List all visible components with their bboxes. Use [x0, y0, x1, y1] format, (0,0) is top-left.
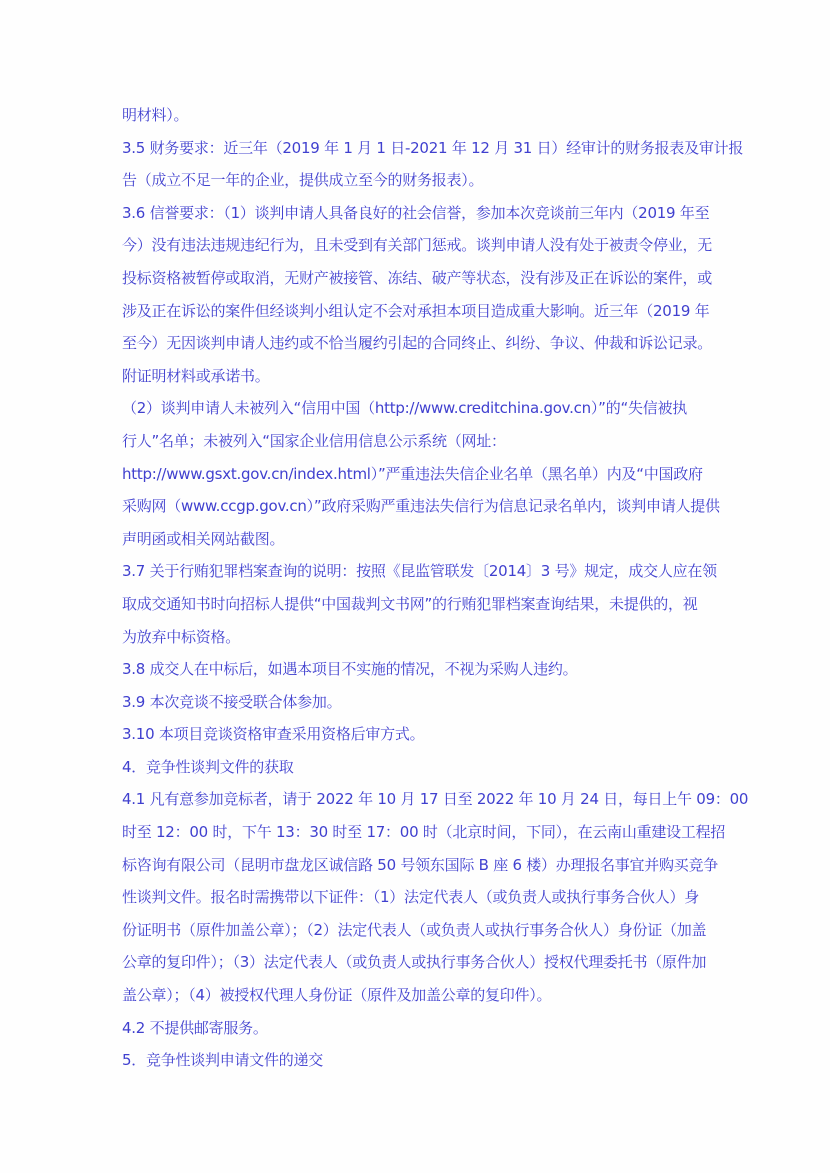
para-4-1-registration-details: 4.1 凡有意参加竞标者，请于 2022 年 10 月 17 日至 2022 年…	[122, 783, 714, 1011]
text-line: 3.9 本次竞谈不接受联合体参加。	[122, 686, 714, 719]
text-line: 3.6 信誉要求：（1）谈判申请人具备良好的社会信誉，参加本次竞谈前三年内（20…	[122, 197, 714, 230]
para-3-5-financial-requirements: 3.5 财务要求：近三年（2019 年 1 月 1 日-2021 年 12 月 …	[122, 132, 714, 197]
text-line: 3.5 财务要求：近三年（2019 年 1 月 1 日-2021 年 12 月 …	[122, 132, 714, 165]
text-line: 至今）无因谈判申请人违约或不恰当履约引起的合同终止、纠纷、争议、仲裁和诉讼记录。	[122, 327, 714, 360]
text-line: 明材料）。	[122, 99, 714, 132]
text-line: 附证明材料或承诺书。	[122, 360, 714, 393]
para-3-6-credit-requirements-item-2: （2）谈判申请人未被列入“信用中国（http://www.creditchina…	[122, 392, 714, 555]
text-line: （2）谈判申请人未被列入“信用中国（http://www.creditchina…	[122, 392, 714, 425]
text-line: 3.7 关于行贿犯罪档案查询的说明：按照《昆监管联发〔2014〕3 号》规定，成…	[122, 555, 714, 588]
text-line: 份证明书（原件加盖公章）；（2）法定代表人（或负责人或执行事务合伙人）身份证（加…	[122, 914, 714, 947]
text-line: 3.8 成交人在中标后，如遇本项目不实施的情况，不视为采购人违约。	[122, 653, 714, 686]
para-3-9: 3.9 本次竞谈不接受联合体参加。	[122, 686, 714, 719]
text-line: 为放弃中标资格。	[122, 621, 714, 654]
text-line: 公章的复印件）；（3）法定代表人（或负责人或执行事务合伙人）授权代理委托书（原件…	[122, 946, 714, 979]
para-3-6-credit-requirements-item-1: 3.6 信誉要求：（1）谈判申请人具备良好的社会信誉，参加本次竞谈前三年内（20…	[122, 197, 714, 393]
section-heading: 4．竞争性谈判文件的获取	[122, 751, 714, 784]
text-line: 3.10 本项目竞谈资格审查采用资格后审方式。	[122, 718, 714, 751]
text-line: http://www.gsxt.gov.cn/index.html）”严重违法失…	[122, 458, 714, 491]
para-4-2: 4.2 不提供邮寄服务。	[122, 1012, 714, 1045]
heading-4-document-acquisition: 4．竞争性谈判文件的获取	[122, 751, 714, 784]
text-line: 4.2 不提供邮寄服务。	[122, 1012, 714, 1045]
tender-notice-text-block: 明材料）。 3.5 财务要求：近三年（2019 年 1 月 1 日-2021 年…	[122, 99, 714, 1077]
section-heading: 5．竞争性谈判申请文件的递交	[122, 1044, 714, 1077]
text-line: 今）没有违法违规违纪行为，且未受到有关部门惩戒。谈判申请人没有处于被责令停业，无	[122, 229, 714, 262]
text-line: 取成交通知书时向招标人提供“中国裁判文书网”的行贿犯罪档案查询结果，未提供的，视	[122, 588, 714, 621]
text-line: 涉及正在诉讼的案件但经谈判小组认定不会对承担本项目造成重大影响。近三年（2019…	[122, 295, 714, 328]
para-3-8: 3.8 成交人在中标后，如遇本项目不实施的情况，不视为采购人违约。	[122, 653, 714, 686]
heading-5-submission: 5．竞争性谈判申请文件的递交	[122, 1044, 714, 1077]
document-page: 明材料）。 3.5 财务要求：近三年（2019 年 1 月 1 日-2021 年…	[0, 0, 830, 1173]
text-line: 声明函或相关网站截图。	[122, 523, 714, 556]
text-line: 时至 12：00 时，下午 13：30 时至 17：00 时（北京时间，下同），…	[122, 816, 714, 849]
text-line: 盖公章）；（4）被授权代理人身份证（原件及加盖公章的复印件）。	[122, 979, 714, 1012]
text-line: 4.1 凡有意参加竞标者，请于 2022 年 10 月 17 日至 2022 年…	[122, 783, 714, 816]
text-line: 投标资格被暂停或取消，无财产被接管、冻结、破产等状态，没有涉及正在诉讼的案件，或	[122, 262, 714, 295]
text-line: 采购网（www.ccgp.gov.cn）”政府采购严重违法失信行为信息记录名单内…	[122, 490, 714, 523]
text-line: 行人”名单；未被列入“国家企业信用信息公示系统（网址：	[122, 425, 714, 458]
text-line: 告（成立不足一年的企业，提供成立至今的财务报表）。	[122, 164, 714, 197]
para-3-7-bribery-record-query: 3.7 关于行贿犯罪档案查询的说明：按照《昆监管联发〔2014〕3 号》规定，成…	[122, 555, 714, 653]
text-line: 性谈判文件。报名时需携带以下证件：（1）法定代表人（或负责人或执行事务合伙人）身	[122, 881, 714, 914]
para-3-10: 3.10 本项目竞谈资格审查采用资格后审方式。	[122, 718, 714, 751]
para-continuation: 明材料）。	[122, 99, 714, 132]
text-line: 标咨询有限公司（昆明市盘龙区诚信路 50 号领东国际 B 座 6 楼）办理报名事…	[122, 849, 714, 882]
